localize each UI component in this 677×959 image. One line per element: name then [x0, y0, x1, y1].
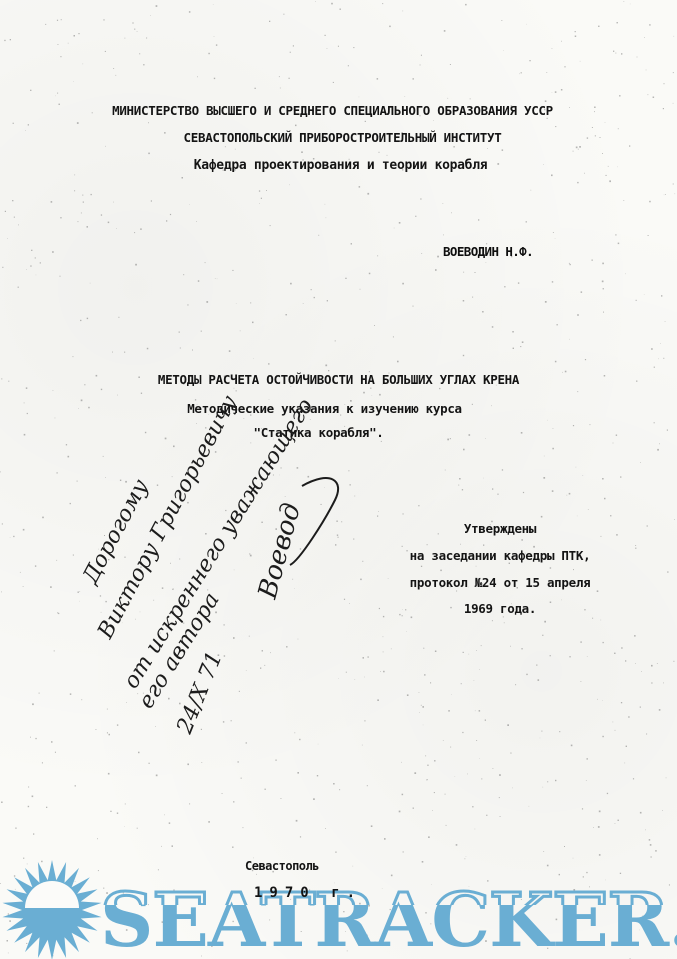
approval-line-2: на заседании кафедры ПТК, [385, 548, 615, 563]
department-heading: Кафедра проектирования и теории корабля [2, 158, 677, 173]
signature-flourish [290, 478, 338, 565]
approval-line-4: 1969 года. [385, 601, 615, 616]
inscription-line-4: его автора [134, 588, 225, 713]
document-subtitle-line2: "Статика корабля". [0, 425, 657, 440]
document-title: МЕТОДЫ РАСЧЕТА ОСТОЙЧИВОСТИ НА БОЛЬШИХ У… [0, 372, 677, 387]
institute-heading: СЕВАСТОПОЛЬСКИЙ ПРИБОРОСТРОИТЕЛЬНЫЙ ИНСТ… [4, 130, 677, 145]
publication-year: 1970 г. [254, 885, 362, 901]
inscription-signature: Воевод [253, 500, 307, 603]
approval-line-3: протокол №24 от 15 апреля [385, 575, 615, 590]
document-page: МИНИСТЕРСТВО ВЫСШЕГО И СРЕДНЕГО СПЕЦИАЛЬ… [0, 0, 677, 959]
approval-line-1: Утверждены [385, 521, 615, 536]
sun-icon [3, 860, 102, 959]
author-name: ВОЕВОДИН Н.Ф. [443, 244, 533, 259]
document-subtitle-line1: Методические указания к изучению курса [0, 401, 663, 416]
watermark-text: SEATRACKER.RU SEATRACKER.RU [100, 878, 677, 959]
seatracker-watermark: SEATRACKER.RU SEATRACKER.RU [0, 860, 677, 959]
ministry-heading: МИНИСТЕРСТВО ВЫСШЕГО И СРЕДНЕГО СПЕЦИАЛЬ… [0, 103, 671, 118]
inscription-line-1: Дорогому [78, 475, 154, 588]
inscription-date: 24/X 71 [172, 648, 228, 738]
